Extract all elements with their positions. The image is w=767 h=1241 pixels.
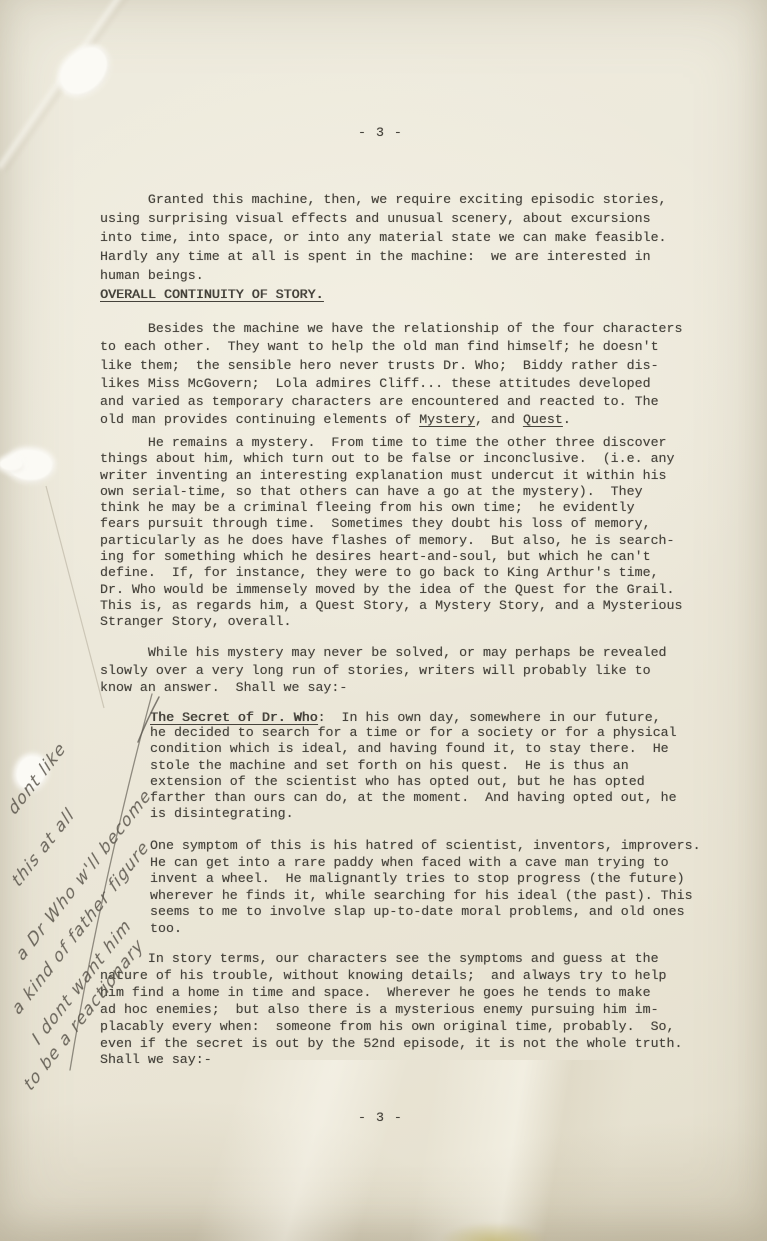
line-text: , and: [475, 412, 523, 427]
paragraph-relationships-last-line: old man provides continuing elements of …: [100, 411, 571, 428]
paragraph-intro: Granted this machine, then, we require e…: [100, 190, 667, 285]
paragraph-shall-we-say: While his mystery may never be solved, o…: [100, 644, 667, 697]
line-text: old man provides continuing elements of: [100, 412, 419, 427]
line-text: :: [318, 710, 326, 725]
page-number-bottom: - 3 -: [358, 1109, 403, 1126]
underlined-word-mystery: Mystery: [419, 412, 475, 427]
paragraph-symptom: One symptom of this is his hatred of sci…: [150, 838, 701, 938]
section-heading: OVERALL CONTINUITY OF STORY.: [100, 286, 323, 303]
paragraph-relationships: Besides the machine we have the relation…: [100, 320, 683, 411]
paragraph-mystery: He remains a mystery. From time to time …: [100, 435, 683, 631]
annotation-line: dont like: [6, 739, 70, 818]
paper-tear: [52, 40, 116, 102]
section-heading-text: OVERALL CONTINUITY OF STORY.: [100, 287, 323, 302]
paper-stain: [438, 1222, 548, 1241]
paragraph-story-terms: In story terms, our characters see the s…: [100, 951, 683, 1069]
line-text: In his own day, somewhere in our future,: [326, 710, 661, 725]
secret-title: The Secret of Dr. Who: [150, 710, 318, 725]
secret-block-body: he decided to search for a time or for a…: [150, 725, 677, 823]
paper-hole: [0, 458, 22, 470]
paper-hole: [6, 447, 54, 483]
paper-crease: [0, 0, 149, 172]
secret-block-first-line: The Secret of Dr. Who: In his own day, s…: [150, 709, 661, 726]
line-text: .: [563, 412, 571, 427]
paper-wrinkles: [0, 1060, 767, 1241]
page-number-top: - 3 -: [358, 124, 403, 141]
crease-line: [46, 486, 104, 708]
scanned-page: - 3 - - 3 - Granted this machine, then, …: [0, 0, 767, 1241]
underlined-word-quest: Quest: [523, 412, 563, 427]
